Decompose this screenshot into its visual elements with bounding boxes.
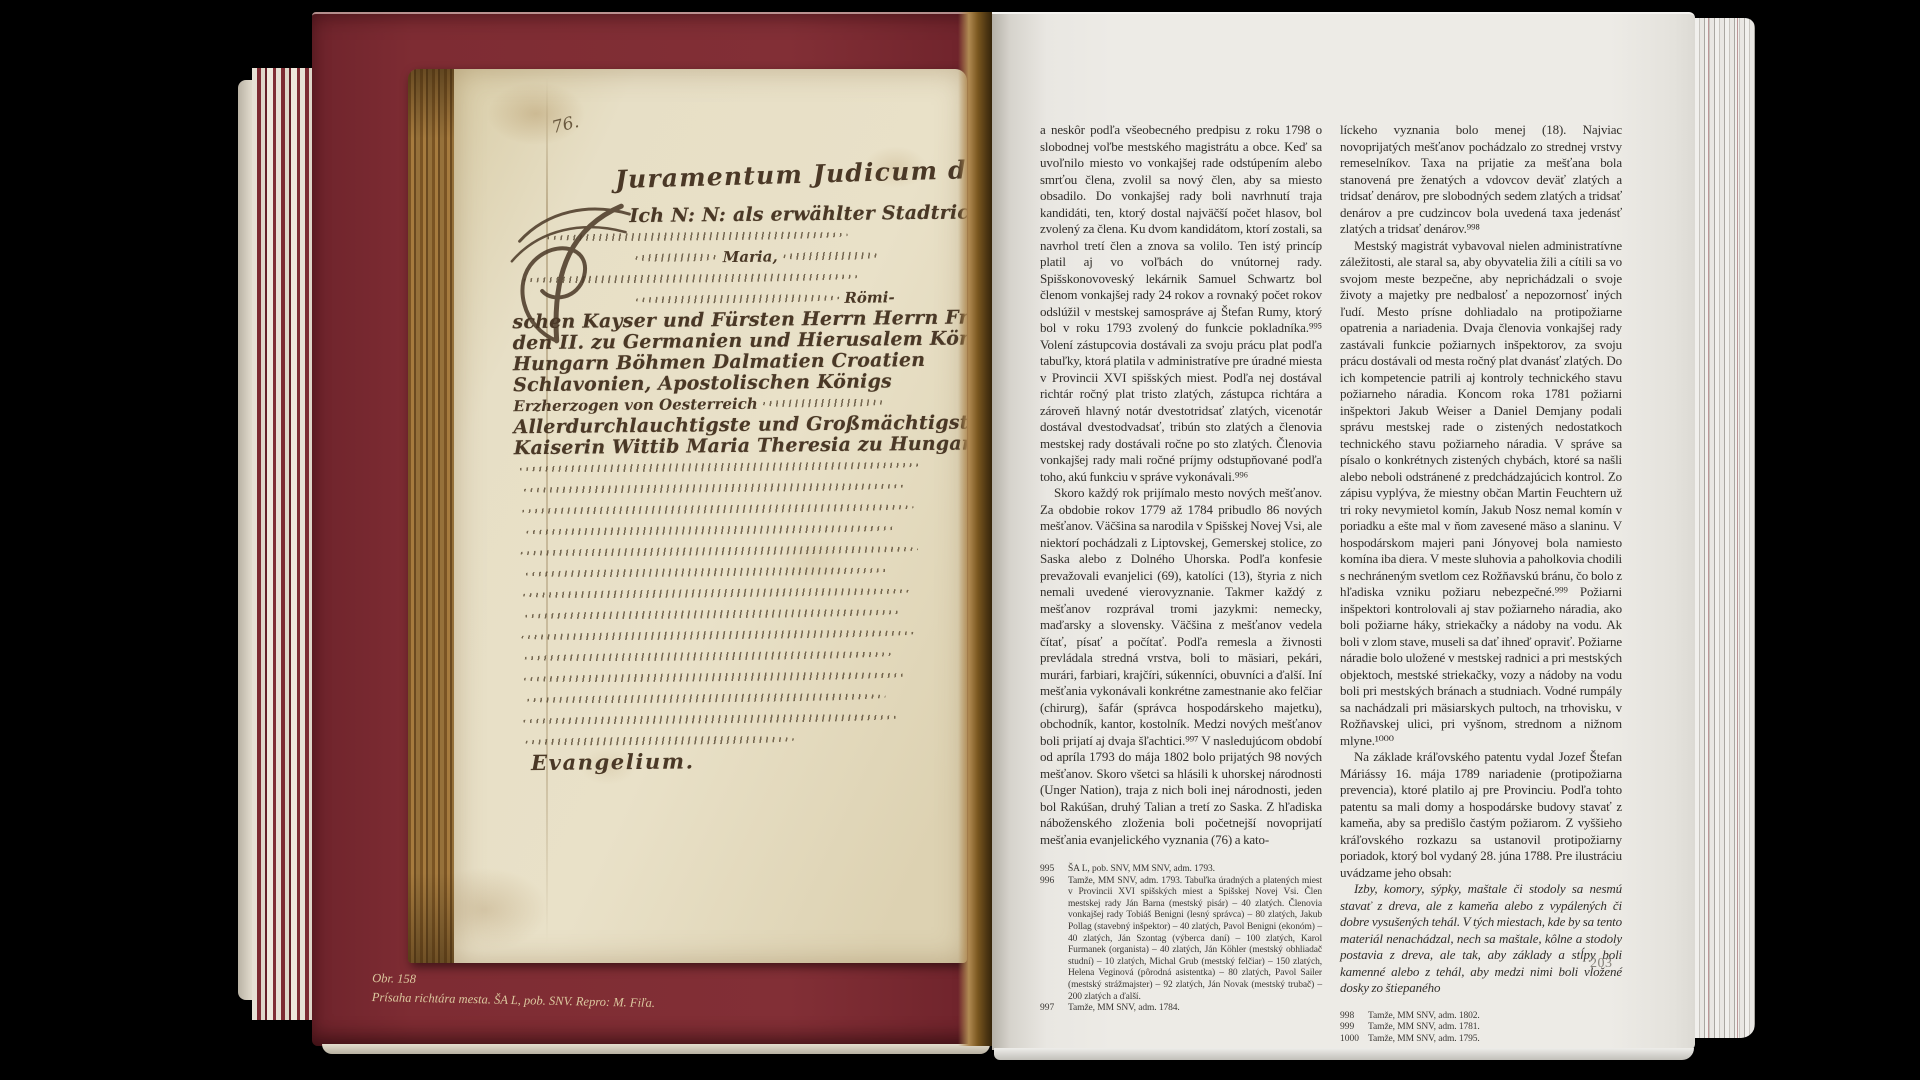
illegible-script-line [635, 253, 718, 262]
manuscript-legible-word: Erzherzogen von Oesterreich [513, 394, 758, 415]
footnote-text: ŠA L, pob. SNV, MM SNV, adm. 1793. [1068, 864, 1322, 876]
footnote: 995ŠA L, pob. SNV, MM SNV, adm. 1793. [1040, 864, 1322, 876]
open-book-photo: 76. Juramentum Judicum de A° 1776 Ich N:… [238, 10, 1758, 1068]
illegible-script-line [525, 608, 902, 620]
paragraph: a neskôr podľa všeobecného predpisu z ro… [1040, 122, 1322, 485]
page-number: 203 [1590, 956, 1613, 972]
illegible-script-line [519, 461, 921, 473]
right-page: a neskôr podľa všeobecného predpisu z ro… [992, 12, 1695, 1050]
illegible-script-line [520, 545, 918, 557]
column-1-paragraphs: a neskôr podľa všeobecného predpisu z ro… [1040, 122, 1322, 848]
illegible-script-line [524, 650, 893, 662]
illegible-script-line [521, 503, 913, 515]
footnote: 996Tamže, MM SNV, adm. 1793. Tabuľka úra… [1040, 876, 1322, 1004]
manuscript-text-line: Schlavonien, Apostolischen Königs [513, 370, 892, 396]
footnote-number: 996 [1040, 876, 1068, 888]
paragraph: Na základe kráľovského patentu vydal Joz… [1340, 749, 1622, 881]
footnote-number: 995 [1040, 864, 1068, 876]
manuscript-text-block: Juramentum Judicum de A° 1776 Ich N: N: … [511, 159, 954, 774]
illegible-script-line [522, 587, 909, 599]
paragraph: líckeho vyznania bolo menej (18). Najvia… [1340, 122, 1622, 238]
footnote: 997Tamže, MM SNV, adm. 1784. [1040, 1003, 1322, 1015]
footnote-text: Tamže, MM SNV, adm. 1793. Tabuľka úradný… [1068, 876, 1322, 1004]
column-2-paragraphs: líckeho vyznania bolo menej (18). Najvia… [1340, 122, 1622, 997]
footnote-text: Tamže, MM SNV, adm. 1795. [1368, 1034, 1622, 1046]
illegible-script-line [526, 524, 897, 536]
illegible-script-line [783, 251, 879, 260]
illegible-script-line [525, 735, 794, 746]
footnote: 1000Tamže, MM SNV, adm. 1795. [1340, 1034, 1622, 1046]
illegible-script-line [523, 671, 906, 683]
illegible-script-line [523, 713, 898, 725]
left-page: 76. Juramentum Judicum de A° 1776 Ich N:… [312, 12, 992, 1046]
manuscript-folio-number: 76. [550, 112, 581, 138]
right-page-stack-edges [1695, 18, 1755, 1038]
manuscript-text-line: Kaiserin Wittib Maria Theresia zu Hungar… [514, 432, 967, 459]
figure-caption: Obr. 158 Prísaha richtára mesta. ŠA L, p… [372, 969, 656, 1013]
footnotes-left: 995ŠA L, pob. SNV, MM SNV, adm. 1793.996… [1040, 864, 1322, 1015]
text-column-1: a neskôr podľa všeobecného predpisu z ro… [1040, 122, 1322, 1045]
manuscript-page-stack-edge [408, 69, 454, 963]
illegible-script-line [635, 293, 839, 303]
manuscript-line: Schlavonien, Apostolischen Königs [513, 370, 950, 396]
manuscript-title: Juramentum Judicum de A° 1776 [615, 156, 949, 194]
manuscript-photo: 76. Juramentum Judicum de A° 1776 Ich N:… [408, 69, 967, 963]
footnote-number: 1000 [1340, 1034, 1368, 1046]
paragraph: Skoro každý rok prijímalo mesto nových m… [1040, 485, 1322, 848]
footnote: 999Tamže, MM SNV, adm. 1781. [1340, 1022, 1622, 1034]
footnotes-right: 998Tamže, MM SNV, adm. 1802.999Tamže, MM… [1340, 1011, 1622, 1046]
footnote: 998Tamže, MM SNV, adm. 1802. [1340, 1011, 1622, 1023]
footnote-number: 999 [1340, 1022, 1368, 1034]
paragraph: Mestský magistrát vybavoval nielen admin… [1340, 238, 1622, 750]
footnote-text: Tamže, MM SNV, adm. 1784. [1068, 1003, 1322, 1015]
manuscript-legible-word: Maria, [723, 247, 778, 266]
right-page-bottom-edge [994, 1048, 1694, 1060]
footnote-text: Tamže, MM SNV, adm. 1781. [1368, 1022, 1622, 1034]
paragraph: Izby, komory, sýpky, maštale či stodoly … [1340, 881, 1622, 997]
text-column-2: líckeho vyznania bolo menej (18). Najvia… [1340, 122, 1622, 1045]
manuscript-line: Ich N: N: als erwählter Stadtrichter [629, 202, 948, 226]
illegible-script-line [525, 566, 888, 578]
manuscript-legible-word: Römi- [844, 288, 894, 307]
manuscript-text-line: Ich N: N: als erwählter Stadtrichter [629, 201, 967, 227]
manuscript-line: Evangelium. [517, 748, 954, 774]
footnote-number: 998 [1340, 1011, 1368, 1023]
illegible-script-line [526, 692, 885, 704]
footnote-text: Tamže, MM SNV, adm. 1802. [1368, 1011, 1622, 1023]
footnote-number: 997 [1040, 1003, 1068, 1015]
illegible-script-line [763, 398, 885, 407]
book-gutter [958, 12, 994, 1046]
left-page-bottom-edge [322, 1044, 990, 1054]
manuscript-text-line: Evangelium. [531, 748, 695, 775]
illegible-script-line [523, 482, 904, 494]
text-columns: a neskôr podľa všeobecného predpisu z ro… [1040, 122, 1622, 1045]
left-page-stack-edges [252, 68, 314, 1020]
manuscript-paper: 76. Juramentum Judicum de A° 1776 Ich N:… [454, 69, 967, 963]
ornate-initial-icon [503, 198, 645, 349]
manuscript-line: Kaiserin Wittib Maria Theresia zu Hungar… [514, 433, 951, 459]
illegible-script-line [521, 629, 914, 641]
